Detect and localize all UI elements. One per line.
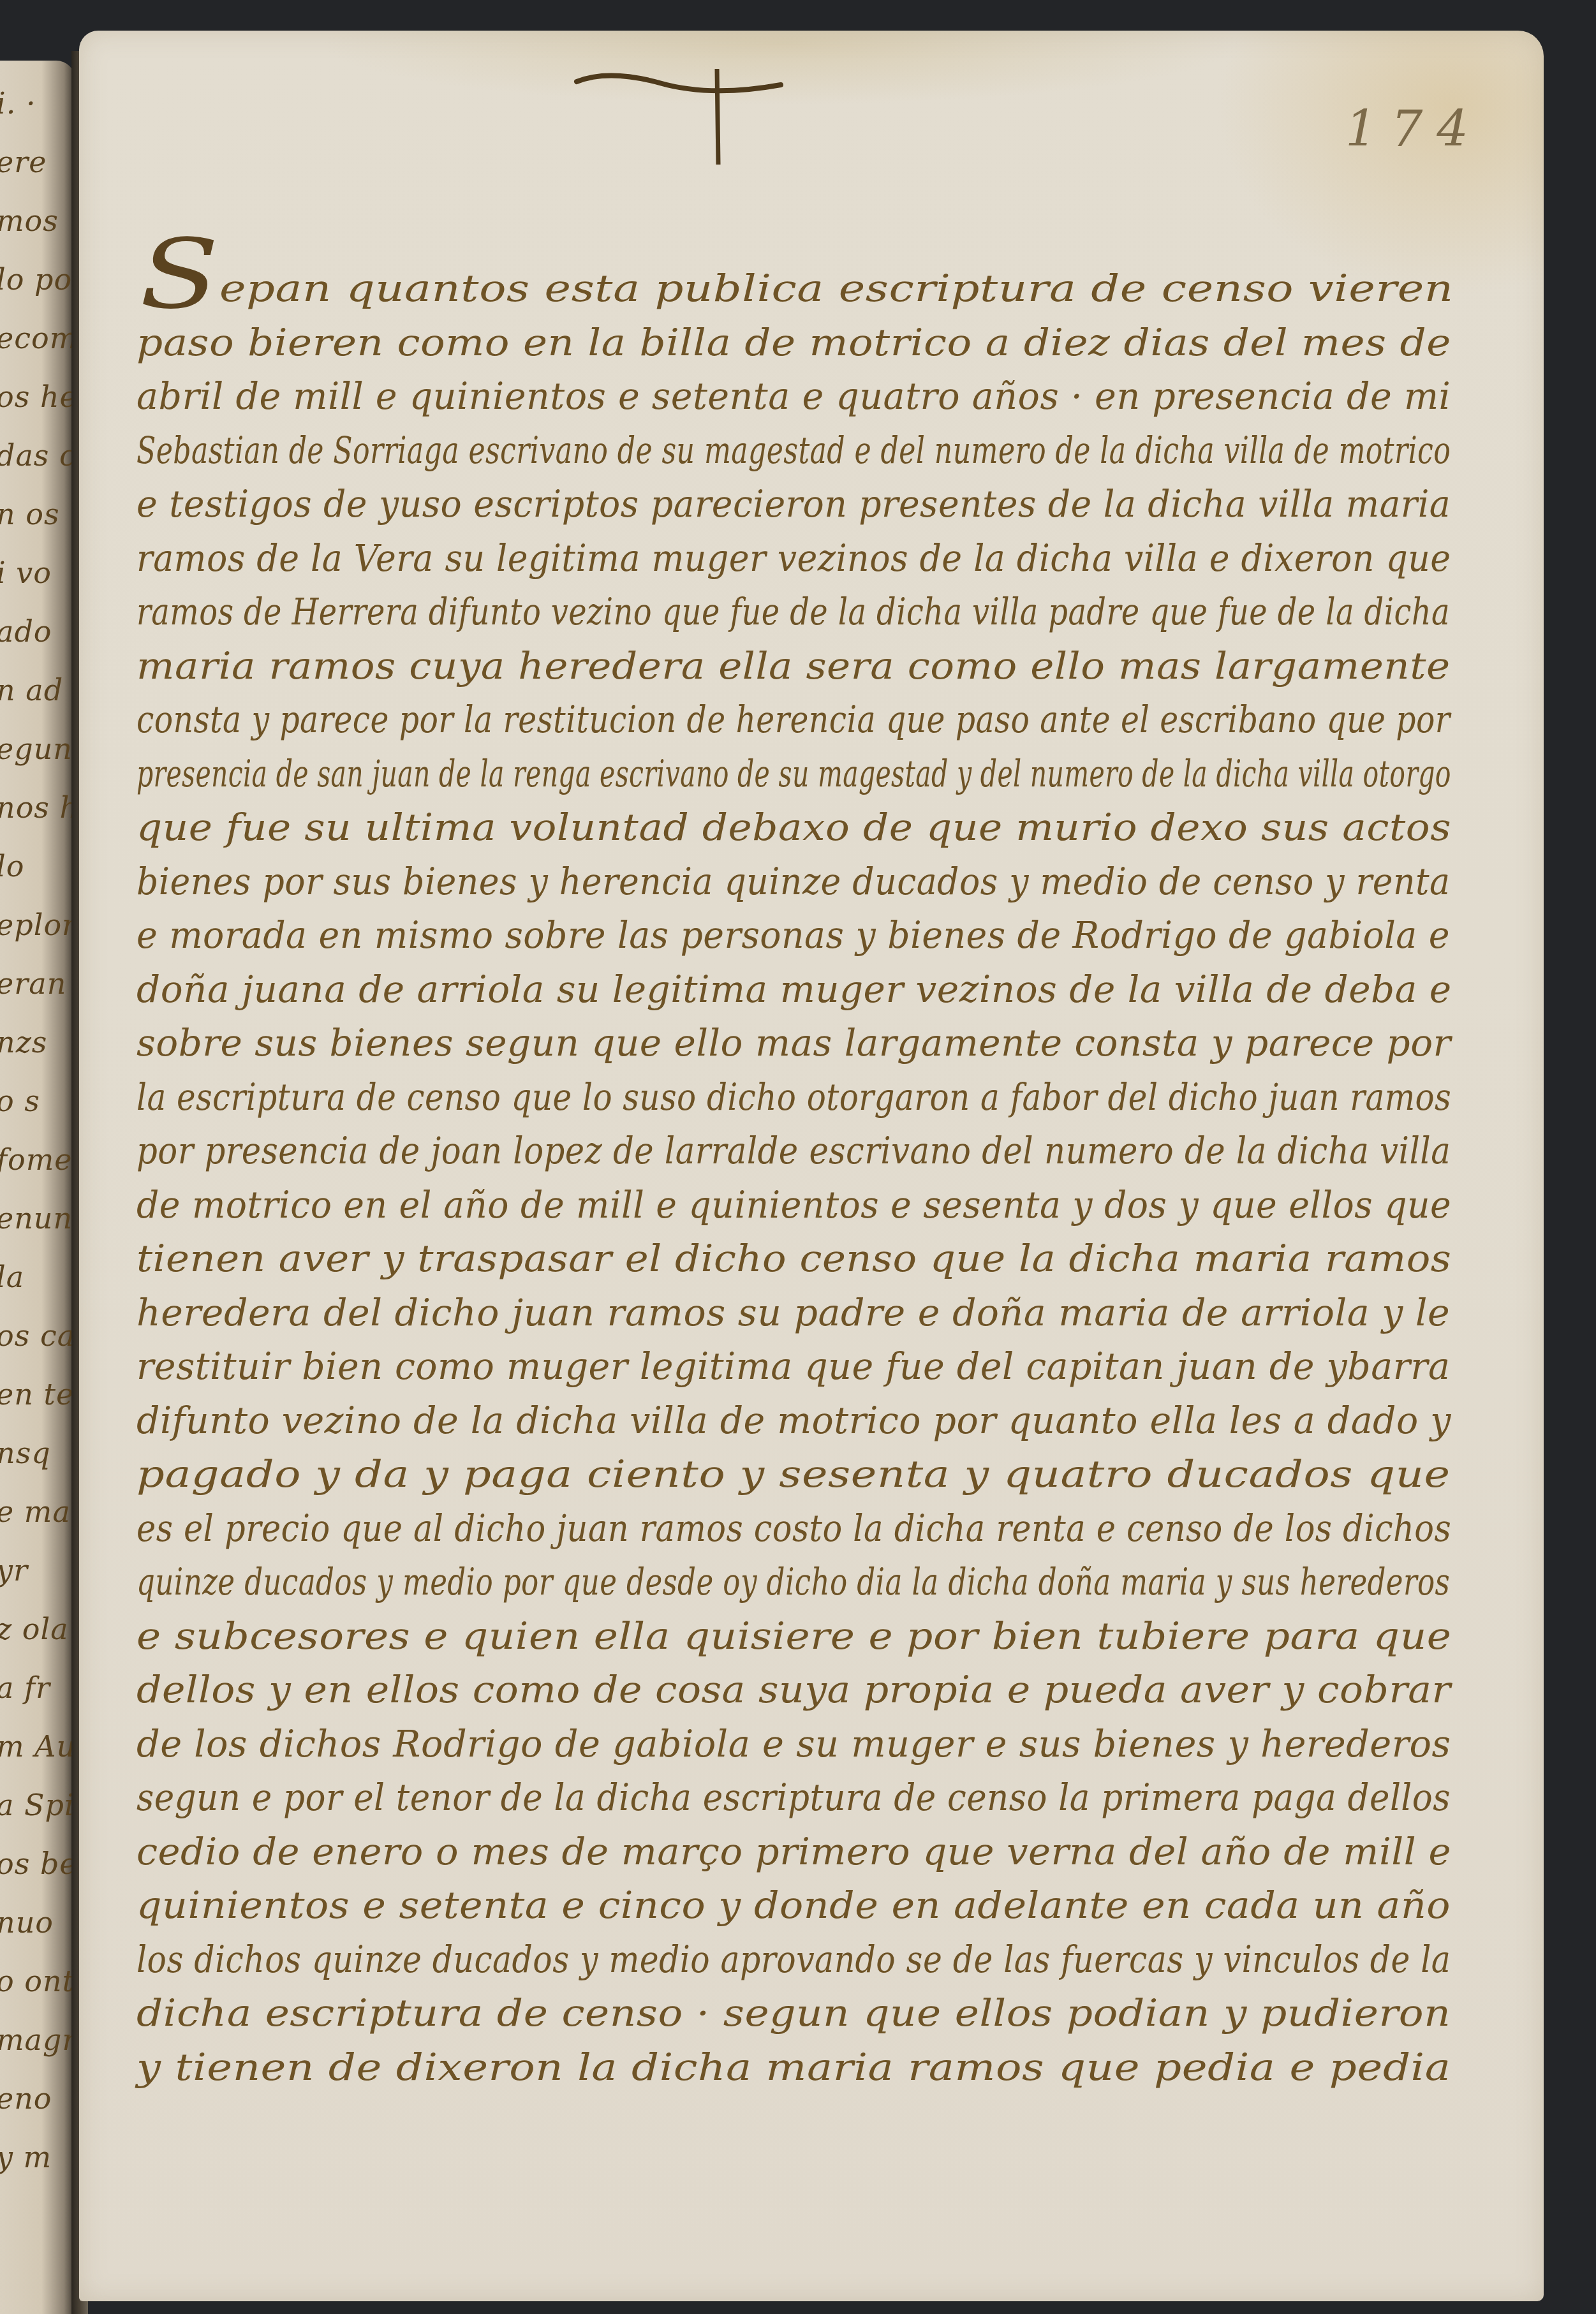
manuscript-line: consta y parece por la restitucion de he… xyxy=(137,698,1451,741)
left-page-fragment: lo xyxy=(0,849,24,883)
left-page-fragment: lo po xyxy=(0,262,72,297)
left-page-fragment: z ola xyxy=(0,1612,69,1646)
manuscript-line: e subcesores e quien ella quisiere e por… xyxy=(137,1614,1451,1658)
manuscript-line: ramos de la Vera su legitima muger vezin… xyxy=(137,536,1451,580)
left-page-fragment: n ad xyxy=(0,673,63,707)
manuscript-line: dicha escriptura de censo · segun que el… xyxy=(137,1991,1451,2035)
manuscript-line: bienes por sus bienes y herencia quinze … xyxy=(137,860,1450,903)
left-page-fragment: ere xyxy=(0,145,47,179)
manuscript-line: restituir bien como muger legitima que f… xyxy=(137,1345,1451,1388)
manuscript-line: Sebastian de Sorriaga escrivano de su ma… xyxy=(137,429,1451,472)
left-page-fragment: eplon xyxy=(0,908,75,942)
left-page-fragment: yr xyxy=(0,1553,28,1588)
left-page-fragment: o ont xyxy=(0,1964,75,1998)
left-page-fragment: o s xyxy=(0,1084,40,1118)
left-page-fragment: nos h xyxy=(0,790,75,825)
left-page-fragment: y m xyxy=(0,2140,52,2174)
manuscript-line: de los dichos Rodrigo de gabiola e su mu… xyxy=(137,1722,1451,1765)
left-page-fragment: das co xyxy=(0,438,75,473)
manuscript-line: segun e por el tenor de la dicha escript… xyxy=(137,1776,1451,1819)
left-page-fragment: i vo xyxy=(0,556,52,590)
left-page-fragment: mos xyxy=(0,203,59,238)
left-page-fragment: enun xyxy=(0,1201,73,1235)
left-page-fragment: la xyxy=(0,1260,24,1294)
left-page-fragment: a fr xyxy=(0,1670,50,1705)
left-page-fragment: nsq xyxy=(0,1436,51,1470)
manuscript-line: e testigos de yuso escriptos parecieron … xyxy=(137,482,1451,526)
manuscript-line: maria ramos cuya heredera ella sera como… xyxy=(137,644,1451,688)
cross-icon xyxy=(570,69,787,165)
left-page-fragment: magra xyxy=(0,2023,75,2057)
manuscript-line: de motrico en el año de mill e quiniento… xyxy=(137,1183,1451,1227)
manuscript-line: Sepan quantos esta publica escriptura de… xyxy=(140,267,1454,310)
left-page-fragment: fome xyxy=(0,1142,73,1177)
manuscript-line: abril de mill e quinientos e setenta e q… xyxy=(137,374,1451,418)
left-page-fragment: en te xyxy=(0,1377,74,1411)
manuscript-line: e morada en mismo sobre las personas y b… xyxy=(137,913,1450,957)
manuscript-page: 174 Sepan quantos esta publica escriptur… xyxy=(79,31,1544,2301)
previous-page-edge: i. ·eremoslo poecomos hedas con osi voad… xyxy=(0,61,75,2314)
manuscript-line: los dichos quinze ducados y medio aprova… xyxy=(137,1938,1451,1981)
left-page-fragment: eno xyxy=(0,2081,52,2116)
manuscript-line: y tienen de dixeron la dicha maria ramos… xyxy=(137,2045,1451,2089)
left-page-fragment: a Spin xyxy=(0,1788,75,1822)
left-page-fragment: m Au xyxy=(0,1729,75,1764)
manuscript-line: que fue su ultima voluntad debaxo de que… xyxy=(137,806,1451,849)
left-page-fragment: nzs xyxy=(0,1025,47,1059)
manuscript-line: difunto vezino de la dicha villa de motr… xyxy=(137,1399,1451,1442)
manuscript-line: sobre sus bienes segun que ello mas larg… xyxy=(137,1021,1451,1065)
manuscript-line: presencia de san juan de la renga escriv… xyxy=(137,752,1451,795)
manuscript-line: quinientos e setenta e cinco y donde en … xyxy=(137,1883,1451,1927)
manuscript-line: la escriptura de censo que lo suso dicho… xyxy=(137,1075,1451,1119)
manuscript-line: ramos de Herrera difunto vezino que fue … xyxy=(137,590,1450,633)
left-page-fragment: os he xyxy=(0,380,75,414)
left-page-fragment: os be xyxy=(0,1846,75,1881)
manuscript-line: paso bieren como en la billa de motrico … xyxy=(137,321,1451,364)
left-page-fragment: os cap xyxy=(0,1318,75,1353)
left-page-fragment: n os xyxy=(0,497,60,531)
decorated-initial: S xyxy=(140,219,219,330)
manuscript-line: heredera del dicho juan ramos su padre e… xyxy=(137,1291,1450,1334)
manuscript-line: tienen aver y traspasar el dicho censo q… xyxy=(137,1237,1451,1280)
left-page-fragment: i. · xyxy=(0,86,36,121)
left-page-fragment: ecom xyxy=(0,321,75,355)
manuscript-line: por presencia de joan lopez de larralde … xyxy=(137,1129,1451,1172)
manuscript-line: cedio de enero o mes de março primero qu… xyxy=(137,1830,1451,1873)
line-text: epan quantos esta publica escriptura de … xyxy=(219,267,1454,310)
manuscript-line: es el precio que al dicho juan ramos cos… xyxy=(137,1507,1451,1550)
manuscript-line: quinze ducados y medio por que desde oy … xyxy=(137,1560,1450,1603)
left-page-fragment: egun xyxy=(0,732,73,766)
manuscript-line: doña juana de arriola su legitima muger … xyxy=(137,968,1451,1011)
left-page-fragment: e ma xyxy=(0,1494,71,1529)
manuscript-line: pagado y da y paga ciento y sesenta y qu… xyxy=(137,1452,1451,1496)
left-page-fragment: ado xyxy=(0,614,52,649)
manuscript-line: dellos y en ellos como de cosa suya prop… xyxy=(137,1668,1451,1711)
left-page-fragment: nuo xyxy=(0,1905,54,1940)
folio-number: 174 xyxy=(1345,101,1482,158)
left-page-fragment: eran xyxy=(0,966,66,1001)
